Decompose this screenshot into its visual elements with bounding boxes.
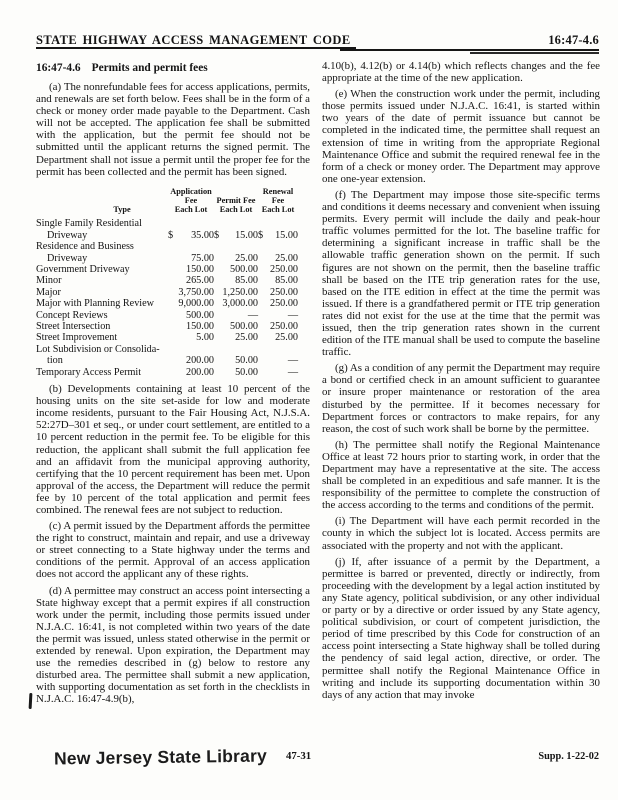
footer-supplement-date: Supp. 1-22-02 [538,751,599,762]
revision-bar [29,693,32,709]
table-row: Single Family ResidentialDriveway $35.00… [36,218,298,241]
table-row: Minor 265.00 85.00 85.00 [36,275,298,286]
col-header-application-fee: Application Fee Each Lot [168,187,214,219]
paragraph-i: (i) The Department will have each permit… [322,515,600,551]
paragraph-h: (h) The permittee shall notify the Regio… [322,439,600,512]
paragraph-e: (e) When the construction work under the… [322,88,600,185]
paragraph-d-continuation: 4.10(b), 4.12(b) or 4.14(b) which reflec… [322,60,600,84]
document-page: STATE HIGHWAY ACCESS MANAGEMENT CODE 16:… [0,0,618,800]
paragraph-j: (j) If, after issuance of a permit by th… [322,556,600,701]
section-number: 16:47-4.6 [36,62,81,74]
header-title: STATE HIGHWAY ACCESS MANAGEMENT CODE [36,33,351,48]
left-column: 16:47-4.6Permits and permit fees (a) The… [36,60,310,705]
table-row: Lot Subdivision or Consolida-tion 200.00… [36,344,298,367]
header-rule [470,52,599,54]
table-row: Street Intersection 150.00 500.00 250.00 [36,321,298,332]
paragraph-f: (f) The Department may impose those site… [322,189,600,358]
paragraph-c: (c) A permit issued by the Department af… [36,520,310,580]
right-column: 4.10(b), 4.12(b) or 4.14(b) which reflec… [322,60,600,701]
col-header-type: Type [36,187,168,219]
table-row: Major with Planning Review 9,000.00 3,00… [36,298,298,309]
table-row: Temporary Access Permit 200.00 50.00 — [36,367,298,378]
table-row: Major 3,750.00 1,250.00 250.00 [36,287,298,298]
paragraph-b: (b) Developments containing at least 10 … [36,383,310,516]
header-section-number: 16:47-4.6 [548,33,599,48]
header-rule [36,47,356,49]
col-header-permit-fee: Permit Fee Each Lot [214,187,258,219]
table-row: Government Driveway 150.00 500.00 250.00 [36,264,298,275]
fee-table-header-row: Type Application Fee Each Lot Permit Fee… [36,187,298,219]
footer-page-number: 47-31 [286,750,311,762]
col-header-renewal-fee: Renewal Fee Each Lot [258,187,298,219]
section-title: Permits and permit fees [92,62,208,74]
table-row: Concept Reviews 500.00 — — [36,310,298,321]
table-row: Residence and BusinessDriveway 75.00 25.… [36,241,298,264]
fee-table: Type Application Fee Each Lot Permit Fee… [36,187,298,378]
paragraph-d: (d) A permittee may construct an access … [36,585,310,706]
header-rule [340,49,599,51]
paragraph-g: (g) As a condition of any permit the Dep… [322,362,600,435]
section-heading: 16:47-4.6Permits and permit fees [36,62,310,74]
library-stamp: New Jersey State Library [54,746,267,770]
paragraph-a: (a) The nonrefundable fees for access ap… [36,81,310,178]
table-row: Street Improvement 5.00 25.00 25.00 [36,332,298,343]
